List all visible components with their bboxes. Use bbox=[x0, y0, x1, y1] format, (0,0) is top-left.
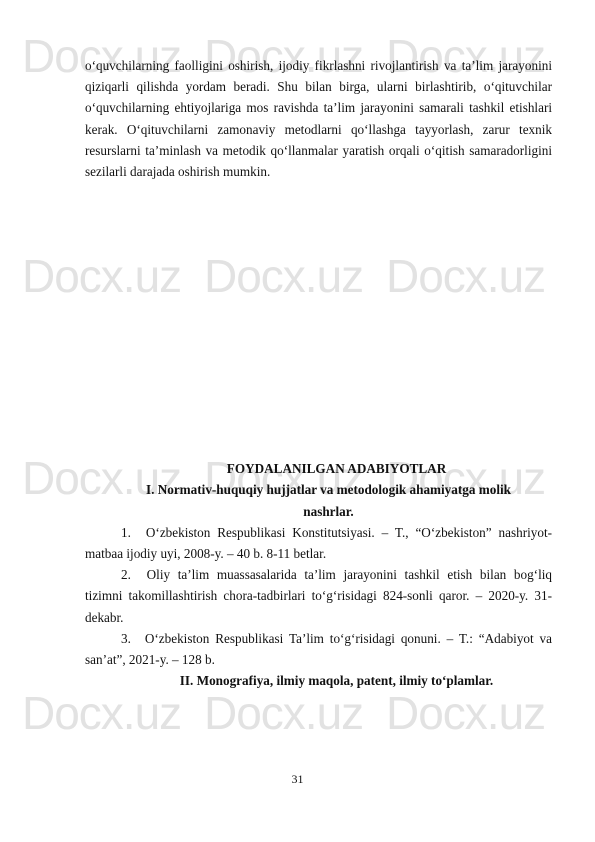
watermark-text: Docx.uz bbox=[386, 690, 545, 736]
reference-number: 2. bbox=[121, 564, 139, 585]
page-number: 31 bbox=[0, 772, 595, 787]
section-2-title: II. Monografiya, ilmiy maqola, patent, i… bbox=[85, 670, 552, 691]
reference-number: 1. bbox=[121, 522, 139, 543]
reference-number: 3. bbox=[121, 628, 139, 649]
watermark-text: Docx.uz bbox=[22, 690, 181, 736]
references-title: FOYDALANILGAN ADABIYOTLAR bbox=[85, 458, 552, 479]
reference-text: O‘zbekiston Respublikasi Ta’lim to‘g‘ris… bbox=[85, 631, 552, 667]
document-page: Docx.uzDocx.uzDocx.uzDocx.uzDocx.uzDocx.… bbox=[0, 0, 595, 842]
reference-item-3: 3. O‘zbekiston Respublikasi Ta’lim to‘g‘… bbox=[85, 628, 552, 670]
page-content: o‘quvchilarning faolligini oshirish, ijo… bbox=[85, 55, 552, 691]
reference-item-2: 2. Oliy ta’lim muassasalarida ta’lim jar… bbox=[85, 564, 552, 628]
blank-space bbox=[85, 182, 552, 458]
watermark-text: Docx.uz bbox=[204, 690, 363, 736]
body-paragraph: o‘quvchilarning faolligini oshirish, ijo… bbox=[85, 55, 552, 182]
reference-text: Oliy ta’lim muassasalarida ta’lim jarayo… bbox=[85, 567, 552, 624]
reference-item-1: 1. O‘zbekiston Respublikasi Konstitutsiy… bbox=[85, 522, 552, 564]
reference-text: O‘zbekiston Respublikasi Konstitutsiyasi… bbox=[85, 525, 552, 561]
section-1-title: I. Normativ-huquqiy hujjatlar va metodol… bbox=[85, 479, 552, 521]
